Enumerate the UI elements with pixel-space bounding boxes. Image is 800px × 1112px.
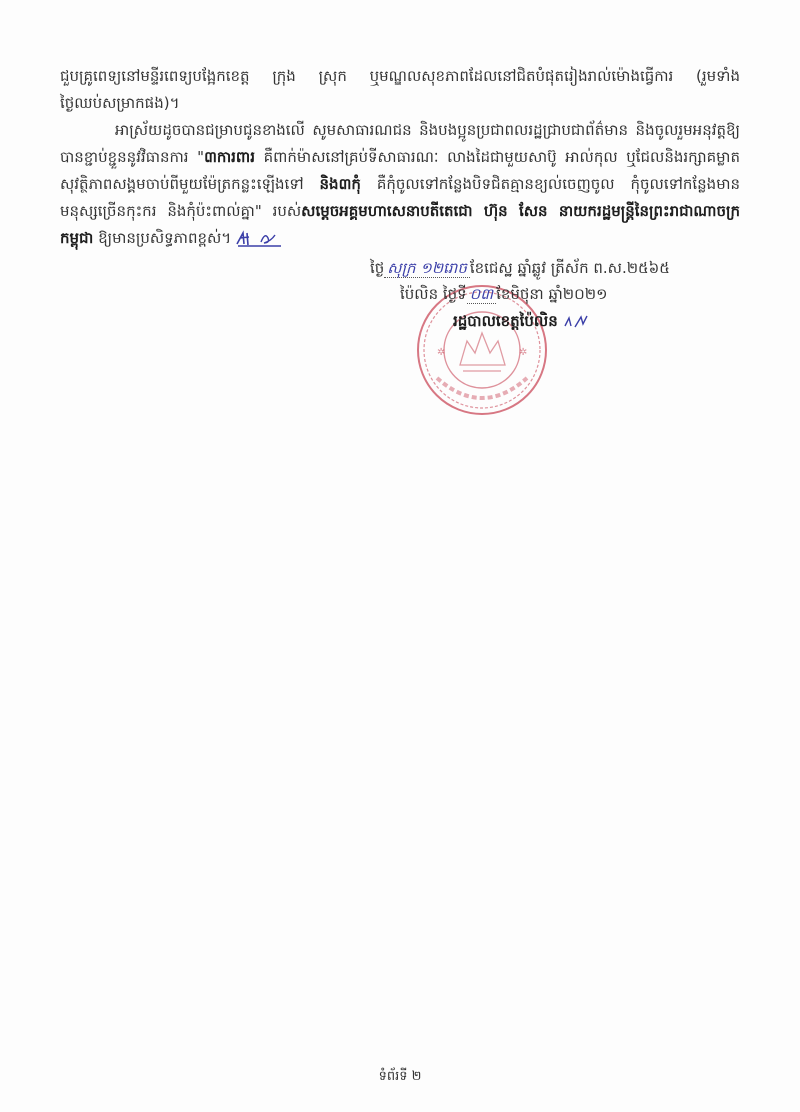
page-number: ទំព័រទី ២ [0, 1068, 800, 1087]
paragraph-closing-text: ឱ្យមានប្រសិទ្ធភាពខ្ពស់។ [93, 229, 231, 247]
lunar-date-suffix: ខែជេស្ឋ ឆ្នាំឆ្លូវ ត្រីស័ក ព.ស.២៥៦៥ [470, 259, 670, 277]
lunar-date-handwritten: សុក្រ ១២រោច [384, 259, 470, 278]
paragraph-continuation: ជួបគ្រូពេទ្យនៅមន្ទីរពេទ្យបង្អែកខេត្ត ក្រ… [60, 63, 740, 117]
svg-text:✲: ✲ [519, 347, 527, 358]
solar-date-handwritten: ០៣ [467, 285, 496, 304]
document-page: ជួបគ្រូពេទ្យនៅមន្ទីរពេទ្យបង្អែកខេត្ត ក្រ… [0, 0, 800, 1112]
solar-date-suffix: ខែមិថុនា ឆ្នាំ២០២១ [496, 285, 607, 303]
solar-date-line: ប៉ៃលិន ថ្ងៃទី០៣ខែមិថុនា ឆ្នាំ២០២១ [400, 283, 607, 305]
lunar-date-prefix: ថ្ងៃ [370, 259, 384, 277]
svg-text:✲: ✲ [437, 347, 445, 358]
initials-signature-icon [235, 230, 285, 248]
issuer-name: រដ្ឋបាលខេត្តប៉ៃលិន [453, 312, 558, 330]
three-donts-label: និង៣កុំ [320, 175, 361, 193]
paragraph-call-to-action: អាស្រ័យដូចបានជម្រាបជូនខាងលើ សូមសាធារណជន … [60, 117, 740, 252]
solar-date-prefix: ប៉ៃលិន ថ្ងៃទី [400, 285, 467, 303]
lunar-date-line: ថ្ងៃសុក្រ ១២រោចខែជេស្ឋ ឆ្នាំឆ្លូវ ត្រីស័… [370, 257, 670, 279]
issuing-authority: រដ្ឋបាលខេត្តប៉ៃលិន [453, 312, 589, 334]
signature-mark-icon [563, 314, 589, 330]
three-protections-label: ៣ការពារ [204, 148, 255, 166]
